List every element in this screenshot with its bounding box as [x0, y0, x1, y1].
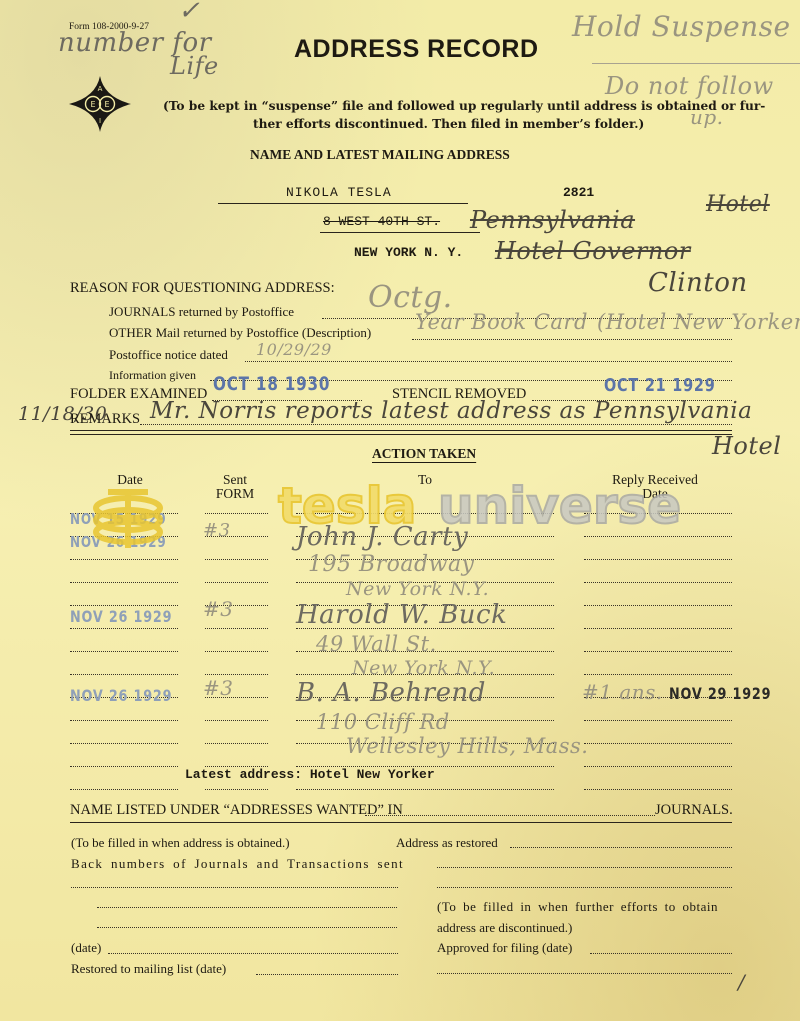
table-row-line — [584, 536, 732, 537]
reason-heading: REASON FOR QUESTIONING ADDRESS: — [70, 280, 335, 297]
table-row-line — [70, 743, 178, 744]
table-row-line — [205, 582, 268, 583]
name-underline — [218, 203, 468, 204]
row-10-to: Wellesley Hills, Mass. — [346, 734, 588, 758]
street-address-struck: 8 WEST 40TH ST. — [323, 214, 440, 229]
remarks-double-rule-1 — [70, 430, 732, 431]
member-number: 2821 — [563, 185, 594, 200]
row-3-to: 195 Broadway — [308, 552, 475, 577]
table-row-line — [70, 789, 178, 790]
table-row-line — [70, 605, 178, 606]
table-row-line — [584, 789, 732, 790]
table-row-line — [584, 651, 732, 652]
row-5-to: Harold W. Buck — [296, 600, 507, 630]
remarks-double-rule-2 — [70, 434, 732, 435]
table-row-line — [70, 674, 178, 675]
latest-address-note: Latest address: Hotel New Yorker — [185, 767, 435, 782]
postoffice-notice-label: Postoffice notice dated — [109, 347, 228, 363]
table-row-line — [584, 605, 732, 606]
table-row-line — [70, 720, 178, 721]
table-row-line — [205, 743, 268, 744]
table-row-line — [205, 651, 268, 652]
discontinued-note-2: address are discontinued.) — [437, 920, 572, 936]
table-row-line — [205, 513, 268, 514]
restored-date-field — [256, 974, 398, 975]
table-row-line — [296, 789, 554, 790]
svg-text:I: I — [99, 117, 101, 125]
aiee-logo-icon: A E E I — [68, 75, 132, 133]
street-handwritten-hotel: Hotel — [706, 192, 770, 217]
table-row-line — [205, 674, 268, 675]
row-2-to: John J. Carty — [296, 522, 468, 552]
address-restored-label: Address as restored — [396, 835, 498, 851]
action-taken-heading: ACTION TAKEN — [372, 446, 476, 462]
table-row-line — [584, 559, 732, 560]
margin-mark: / — [738, 970, 745, 994]
table-row-line — [584, 720, 732, 721]
remarks-value-hotel: Hotel — [712, 432, 781, 460]
table-row-line — [70, 651, 178, 652]
table-row-line — [584, 628, 732, 629]
table-row-line — [584, 513, 732, 514]
addresses-wanted-field — [365, 815, 655, 816]
city-handwritten-clinton: Clinton — [648, 268, 748, 298]
street-handwritten-struck: Pennsylvania — [470, 206, 635, 234]
restored-to-mailing-list-label: Restored to mailing list (date) — [71, 961, 226, 977]
section-divider — [70, 822, 732, 823]
table-row-line — [70, 766, 178, 767]
approved-for-filing-label: Approved for filing (date) — [437, 940, 572, 956]
row-8-to: B. A. Behrend — [296, 678, 486, 708]
addresses-wanted-suffix: JOURNALS. — [655, 802, 733, 819]
street-underline — [320, 232, 480, 233]
instructions-line-2: ther efforts discontinued. Then filed in… — [253, 117, 644, 131]
row-6-to: 49 Wall St. — [316, 632, 437, 656]
discontinued-note-1: (To be filled in when further efforts to… — [437, 899, 718, 915]
postoffice-notice-value: 10/29/29 — [256, 340, 332, 359]
row-5-form: #3 — [203, 597, 233, 621]
journals-label: JOURNALS returned by Postoffice — [109, 304, 294, 320]
address-restored-field-2 — [437, 867, 732, 868]
table-row-line — [205, 789, 268, 790]
address-restored-field — [510, 847, 732, 848]
table-row-line — [584, 766, 732, 767]
remarks-value: Mr. Norris reports latest address as Pen… — [150, 398, 752, 424]
approved-field-2 — [437, 973, 732, 974]
folder-examined-stamp: OCT 18 1930 — [213, 373, 330, 395]
other-mail-field — [412, 339, 732, 340]
filled-when-obtained-note: (To be filled in when address is obtaine… — [71, 835, 290, 851]
row-5-date: NOV 26 1929 — [70, 607, 172, 626]
information-given-label: Information given — [109, 368, 196, 383]
row-7-to: New York N.Y. — [352, 657, 495, 679]
other-mail-label: OTHER Mail returned by Postoffice (Descr… — [109, 325, 371, 341]
row-2-form: #3 — [203, 520, 231, 541]
checkmark-note: ✓ — [178, 0, 200, 26]
table-row-line — [70, 582, 178, 583]
row-1-date: NOV 15 1929 — [70, 510, 166, 528]
city-handwritten-struck: Hotel Governor — [495, 237, 691, 265]
handwritten-underline — [592, 63, 800, 64]
row-8-form: #3 — [203, 676, 233, 700]
addresses-wanted-label: NAME LISTED UNDER “ADDRESSES WANTED” IN — [70, 802, 403, 819]
page-title: ADDRESS RECORD — [294, 35, 539, 64]
column-header-to: To — [400, 473, 450, 487]
postoffice-notice-field — [245, 361, 732, 362]
row-9-to: 110 Cliff Rd — [316, 710, 450, 734]
handwritten-note-hold-suspense: Hold Suspense — [572, 10, 791, 43]
remarks-label: REMARKS — [70, 411, 140, 428]
row-8-date: NOV 26 1929 — [70, 686, 172, 705]
address-record-page: Form 108-2000-9-27 ✓ number for Life ADD… — [0, 0, 800, 1021]
instructions-line-1: (To be kept in “suspense” file and follo… — [163, 99, 765, 113]
svg-text:E: E — [104, 100, 109, 109]
handwritten-note-do-not-follow: Do not follow — [605, 72, 774, 100]
back-numbers-field-2 — [97, 907, 397, 908]
column-header-date: Date — [100, 473, 160, 487]
table-row-line — [296, 513, 554, 514]
table-row-line — [584, 674, 732, 675]
address-restored-field-3 — [437, 887, 732, 888]
other-mail-note: (Hotel New Yorker) — [597, 310, 800, 334]
column-header-sent-form: Sent FORM — [205, 473, 265, 501]
row-8-reply-note: #1 ans. — [582, 680, 663, 704]
row-8-reply-stamp: NOV 29 1929 — [669, 684, 771, 703]
svg-text:A: A — [98, 85, 103, 93]
mailing-address-heading: NAME AND LATEST MAILING ADDRESS — [250, 147, 510, 163]
back-numbers-field-1 — [71, 887, 398, 888]
stencil-removed-stamp: OCT 21 1929 — [604, 375, 716, 396]
date-label: (date) — [71, 940, 101, 956]
row-4-to: New York N.Y. — [346, 578, 489, 600]
date-field — [108, 953, 398, 954]
remarks-field — [140, 424, 732, 425]
back-numbers-field-3 — [97, 927, 397, 928]
svg-text:E: E — [90, 100, 95, 109]
approved-for-filing-field — [590, 953, 732, 954]
other-mail-value: Year Book Card — [415, 310, 588, 334]
table-row-line — [205, 628, 268, 629]
back-numbers-label: Back numbers of Journals and Transaction… — [71, 856, 404, 872]
row-2-date: NOV 26 1929 — [70, 533, 166, 551]
member-name: NIKOLA TESLA — [286, 185, 392, 200]
table-row-line — [584, 743, 732, 744]
table-row-line — [205, 559, 268, 560]
handwritten-note-life: Life — [170, 52, 219, 80]
city: NEW YORK N. Y. — [354, 245, 463, 260]
column-header-reply-received: Reply Received Date — [600, 473, 710, 501]
table-row-line — [205, 720, 268, 721]
table-row-line — [70, 628, 178, 629]
table-row-line — [70, 559, 178, 560]
table-row-line — [584, 582, 732, 583]
